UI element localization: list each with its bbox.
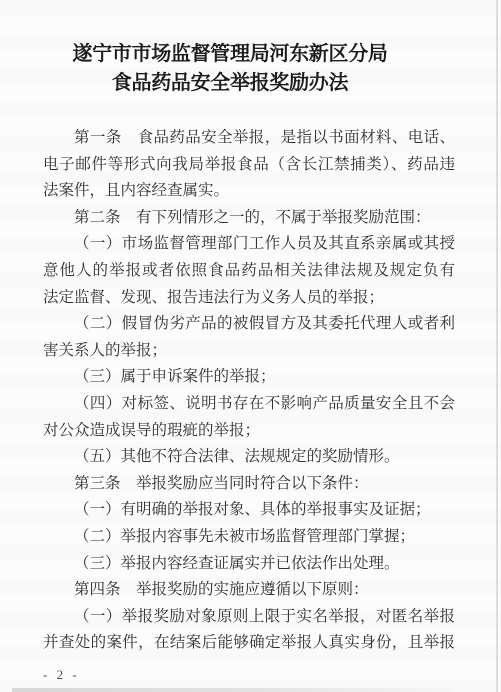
body-line: （四）对标签、说明书存在不影响产品质量安全且不会 [43, 391, 455, 418]
body-line: 对公众造成误导的瑕疵的举报； [43, 418, 455, 445]
body-line: 并查处的案件，在结案后能够确定举报人真实身份，且举报 [43, 630, 455, 657]
body-line: （三）举报内容经查证属实并已依法作出处理。 [43, 551, 455, 578]
page-number: - 2 - [43, 667, 80, 683]
body-line: 意他人的举报或者依照食品药品相关法律法规及规定负有 [43, 258, 455, 285]
body-line: （二）假冒伪劣产品的被假冒方及其委托代理人或者利 [43, 311, 455, 338]
document-title: 遂宁市市场监督管理局河东新区分局 食品药品安全举报奖励办法 [0, 40, 460, 98]
body-line: （二）举报内容事先未被市场监督管理部门掌握； [43, 524, 455, 551]
document-title-line-2: 食品药品安全举报奖励办法 [0, 69, 460, 98]
body-line: （三）属于申诉案件的举报； [43, 364, 455, 391]
scan-edge-artifact [496, 0, 498, 692]
body-line: 第三条 举报奖励应当同时符合以下条件： [43, 471, 455, 498]
body-line: （一）举报奖励对象原则上限于实名举报，对匿名举报 [43, 604, 455, 631]
body-line: （五）其他不符合法律、法规规定的奖励情形。 [43, 444, 455, 471]
document-body: 第一条 食品药品安全举报，是指以书面材料、电话、电子邮件等形式向我局举报食品（含… [43, 125, 455, 657]
body-line: 第二条 有下列情形之一的，不属于举报奖励范围： [43, 205, 455, 232]
body-line: （一）有明确的举报对象、具体的举报事实及证据； [43, 497, 455, 524]
scan-shadow-artifact [12, 688, 452, 692]
scanned-document-page: 遂宁市市场监督管理局河东新区分局 食品药品安全举报奖励办法 第一条 食品药品安全… [0, 0, 501, 692]
body-line: 第一条 食品药品安全举报，是指以书面材料、电话、 [43, 125, 455, 152]
body-line: 第四条 举报奖励的实施应遵循以下原则： [43, 577, 455, 604]
body-line: 法案件，且内容经查属实。 [43, 178, 455, 205]
body-line: 电子邮件等形式向我局举报食品（含长江禁捕类）、药品违 [43, 152, 455, 179]
body-line: 法定监督、发现、报告违法行为义务人员的举报； [43, 285, 455, 312]
body-line: 害关系人的举报； [43, 338, 455, 365]
document-title-line-1: 遂宁市市场监督管理局河东新区分局 [0, 40, 460, 69]
body-line: （一）市场监督管理部门工作人员及其直系亲属或其授 [43, 231, 455, 258]
